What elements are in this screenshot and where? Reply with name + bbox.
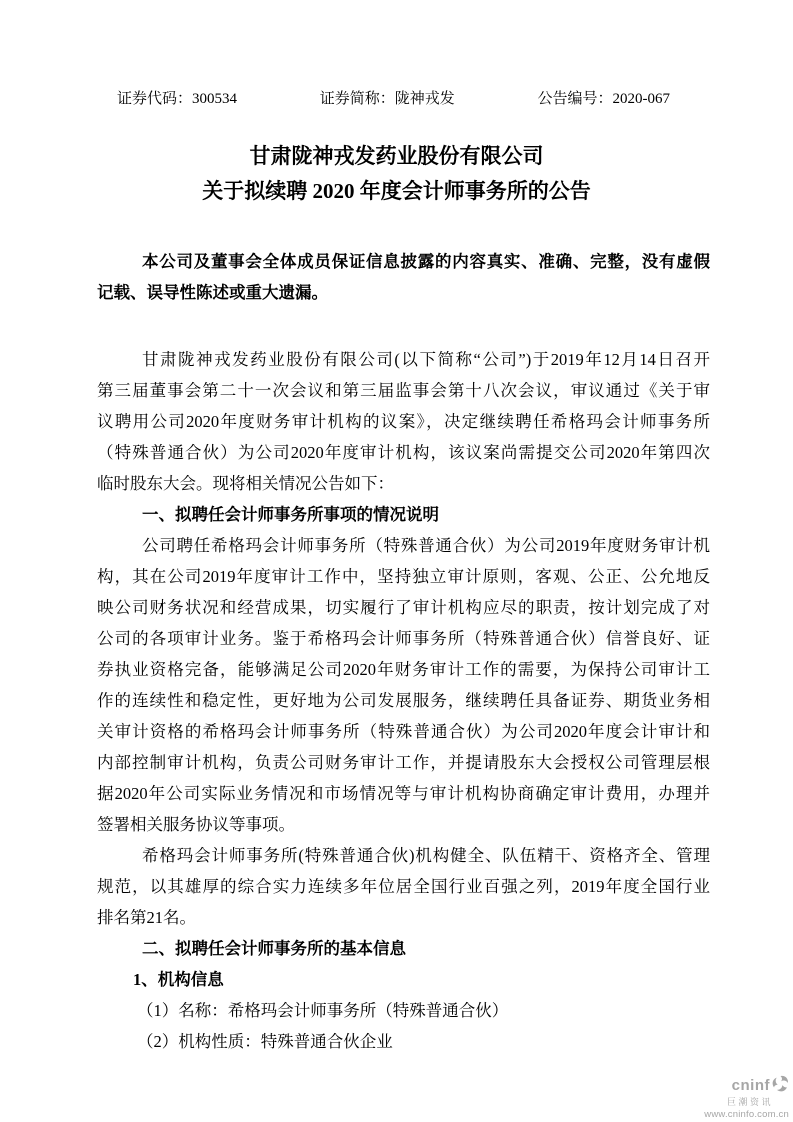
info-item: （2）机构性质：特殊普通合伙企业	[97, 1026, 710, 1057]
announcement-page: 证券代码：300534 证券简称：陇神戎发 公告编号：2020-067 甘肃陇神…	[0, 0, 793, 1122]
paragraph-line: 签署相关服务协议等事项。	[97, 809, 710, 840]
disclaimer-line: 记载、误导性陈述或重大遗漏。	[97, 277, 710, 308]
title-block: 甘肃陇神戎发药业股份有限公司 关于拟续聘 2020 年度会计师事务所的公告	[0, 139, 793, 209]
paragraph-line: 甘肃陇神戎发药业股份有限公司(以下简称“公司”)于2019年12月14日召开	[97, 344, 710, 375]
cninfo-swirl-icon	[772, 1075, 789, 1096]
paragraph-line: 作的连续性和稳定性，更好地为公司发展服务，继续聘任具备证券、期货业务相	[97, 685, 710, 716]
announcement-number: 公告编号：2020-067	[538, 88, 671, 110]
paragraph-line: 公司聘任希格玛会计师事务所（特殊普通合伙）为公司2019年度财务审计机	[97, 530, 710, 561]
paragraph-line: 临时股东大会。现将相关情况公告如下：	[97, 468, 710, 499]
sub-heading: 1、机构信息	[97, 964, 710, 995]
cninfo-chinese-name: 巨潮资讯	[703, 1098, 773, 1107]
cninfo-url: www.cninfo.com.cn	[703, 1110, 789, 1120]
paragraph-line: 券执业资格完备，能够满足公司2020年财务审计工作的需要，为保持公司审计工	[97, 654, 710, 685]
cninfo-brand-text: cninf	[732, 1078, 770, 1093]
paragraph-line: 议聘用公司2020年度财务审计机构的议案》，决定继续聘任希格玛会计师事务所	[97, 406, 710, 437]
document-body: 甘肃陇神戎发药业股份有限公司(以下简称“公司”)于2019年12月14日召开第三…	[97, 344, 710, 1057]
stock-name: 证券简称：陇神戎发	[320, 88, 455, 110]
stock-code: 证券代码：300534	[117, 88, 237, 110]
disclaimer-line: 本公司及董事会全体成员保证信息披露的内容真实、准确、完整，没有虚假	[97, 246, 710, 277]
disclaimer-notice: 本公司及董事会全体成员保证信息披露的内容真实、准确、完整，没有虚假记载、误导性陈…	[97, 246, 710, 308]
announcement-title: 关于拟续聘 2020 年度会计师事务所的公告	[0, 174, 793, 209]
info-item: （1）名称：希格玛会计师事务所（特殊普通合伙）	[97, 995, 710, 1026]
body-paragraph: 希格玛会计师事务所(特殊普通合伙)机构健全、队伍精干、资格齐全、管理规范，以其雄…	[97, 840, 710, 933]
paragraph-line: 据2020年公司实际业务情况和市场情况等与审计机构协商确定审计费用，办理并	[97, 778, 710, 809]
paragraph-line: 第三届董事会第二十一次会议和第三届监事会第十八次会议，审议通过《关于审	[97, 375, 710, 406]
cninfo-watermark: cninf 巨潮资讯 www.cninfo.com.cn	[703, 1075, 789, 1120]
paragraph-line: 规范，以其雄厚的综合实力连续多年位居全国行业百强之列，2019年度全国行业	[97, 871, 710, 902]
paragraph-line: 关审计资格的希格玛会计师事务所（特殊普通合伙）为公司2020年度会计审计和	[97, 716, 710, 747]
paragraph-line: 映公司财务状况和经营成果，切实履行了审计机构应尽的职责，按计划完成了对	[97, 592, 710, 623]
body-paragraph: 公司聘任希格玛会计师事务所（特殊普通合伙）为公司2019年度财务审计机构，其在公…	[97, 530, 710, 840]
paragraph-line: 构，其在公司2019年度审计工作中，坚持独立审计原则，客观、公正、公允地反	[97, 561, 710, 592]
body-paragraph: 甘肃陇神戎发药业股份有限公司(以下简称“公司”)于2019年12月14日召开第三…	[97, 344, 710, 499]
watermark-brand-row: cninf	[703, 1075, 789, 1096]
section-heading: 一、拟聘任会计师事务所事项的情况说明	[97, 499, 710, 530]
paragraph-line: 希格玛会计师事务所(特殊普通合伙)机构健全、队伍精干、资格齐全、管理	[97, 840, 710, 871]
paragraph-line: （特殊普通合伙）为公司2020年度审计机构，该议案尚需提交公司2020年第四次	[97, 437, 710, 468]
section-heading: 二、拟聘任会计师事务所的基本信息	[97, 933, 710, 964]
company-title: 甘肃陇神戎发药业股份有限公司	[0, 139, 793, 174]
paragraph-line: 内部控制审计机构，负责公司财务审计工作，并提请股东大会授权公司管理层根	[97, 747, 710, 778]
paragraph-line: 排名第21名。	[97, 902, 710, 933]
header-row: 证券代码：300534 证券简称：陇神戎发 公告编号：2020-067	[117, 88, 670, 110]
paragraph-line: 公司的各项审计业务。鉴于希格玛会计师事务所（特殊普通合伙）信誉良好、证	[97, 623, 710, 654]
